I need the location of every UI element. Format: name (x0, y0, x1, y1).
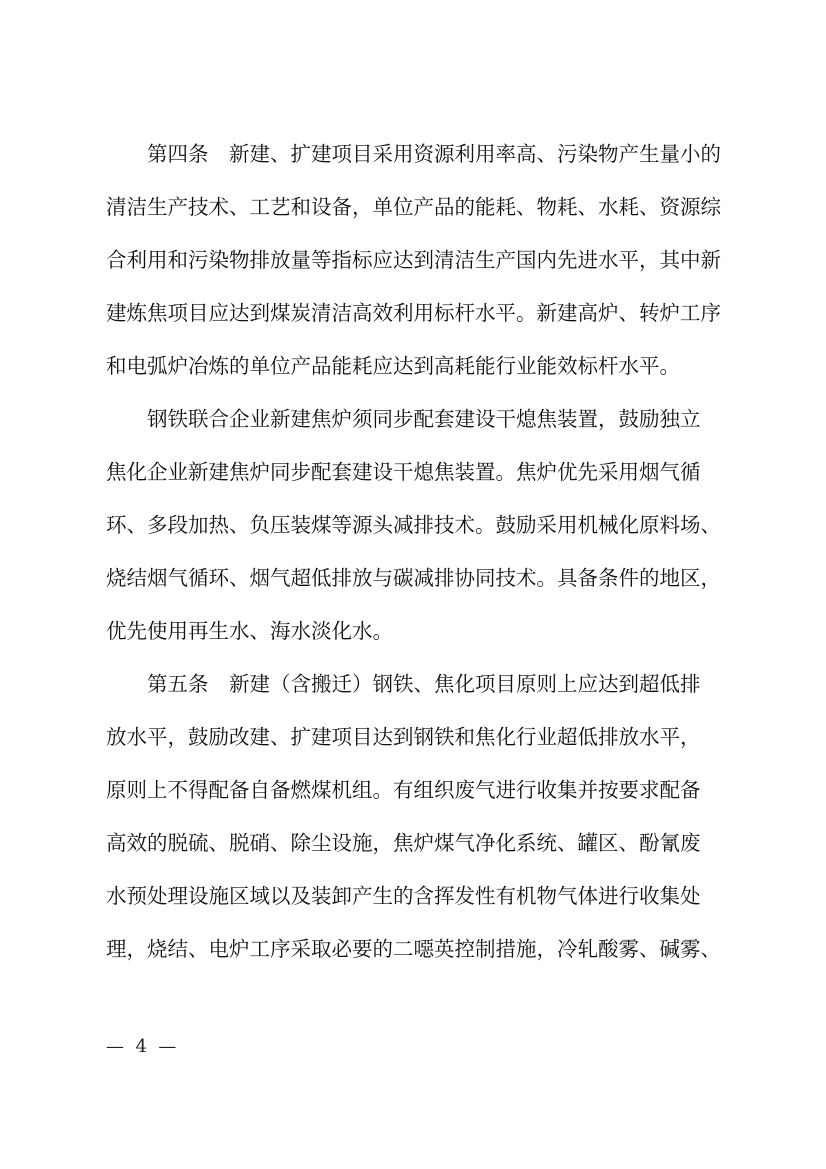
paragraph-coking-requirements: 钢铁联合企业新建焦炉须同步配套建设干熄焦装置，鼓励独立 焦化企业新建焦炉同步配套… (106, 397, 726, 662)
text-line: 放水平，鼓励改建、扩建项目达到钢铁和焦化行业超低排放水平， (106, 715, 726, 768)
text-line: 原则上不得配备自备燃煤机组。有组织废气进行收集并按要求配备 (106, 768, 726, 821)
text-line: 建炼焦项目应达到煤炭清洁高效利用标杆水平。新建高炉、转炉工序 (106, 291, 726, 344)
text-line: 理，烧结、电炉工序采取必要的二噁英控制措施，冷轧酸雾、碱雾、 (106, 927, 726, 980)
text-line: 焦化企业新建焦炉同步配套建设干熄焦装置。焦炉优先采用烟气循 (106, 450, 726, 503)
page-number: — 4 — (106, 1036, 176, 1057)
text-line: 清洁生产技术、工艺和设备，单位产品的能耗、物耗、水耗、资源综 (106, 185, 726, 238)
text-line: 烧结烟气循环、烟气超低排放与碳减排协同技术。具备条件的地区， (106, 556, 726, 609)
document-body: 第四条 新建、扩建项目采用资源利用率高、污染物产生量小的 清洁生产技术、工艺和设… (106, 132, 726, 980)
text-line: 钢铁联合企业新建焦炉须同步配套建设干熄焦装置，鼓励独立 (106, 397, 726, 450)
paragraph-article-4: 第四条 新建、扩建项目采用资源利用率高、污染物产生量小的 清洁生产技术、工艺和设… (106, 132, 726, 397)
text-line: 水预处理设施区域以及装卸产生的含挥发性有机物气体进行收集处 (106, 874, 726, 927)
text-line: 高效的脱硫、脱硝、除尘设施，焦炉煤气净化系统、罐区、酚氰废 (106, 821, 726, 874)
text-line: 第四条 新建、扩建项目采用资源利用率高、污染物产生量小的 (106, 132, 726, 185)
document-page: 第四条 新建、扩建项目采用资源利用率高、污染物产生量小的 清洁生产技术、工艺和设… (0, 0, 826, 1169)
paragraph-article-5: 第五条 新建（含搬迁）钢铁、焦化项目原则上应达到超低排 放水平，鼓励改建、扩建项… (106, 662, 726, 980)
text-line: 环、多段加热、负压装煤等源头减排技术。鼓励采用机械化原料场、 (106, 503, 726, 556)
text-line: 和电弧炉冶炼的单位产品能耗应达到高耗能行业能效标杆水平。 (106, 344, 726, 397)
text-line: 合利用和污染物排放量等指标应达到清洁生产国内先进水平，其中新 (106, 238, 726, 291)
text-line: 第五条 新建（含搬迁）钢铁、焦化项目原则上应达到超低排 (106, 662, 726, 715)
text-line: 优先使用再生水、海水淡化水。 (106, 609, 726, 662)
